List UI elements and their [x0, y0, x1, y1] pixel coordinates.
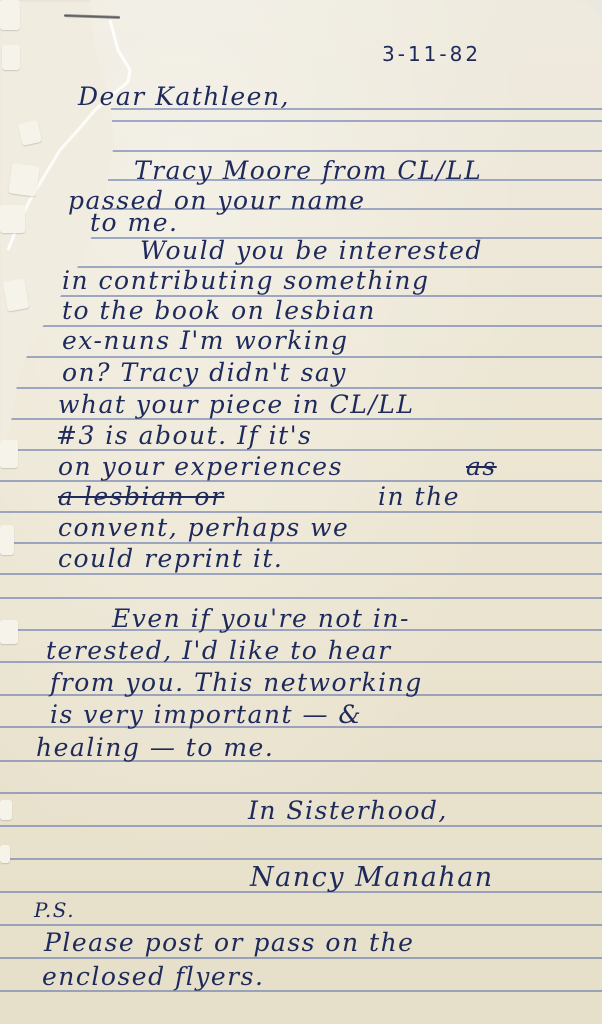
body-line: is very important — &	[50, 700, 362, 729]
body-line: could reprint it.	[58, 544, 283, 573]
body-line: #3 is about. If it's	[56, 421, 312, 450]
body-line: ex-nuns I'm working	[62, 326, 349, 355]
body-line: Tracy Moore from CL/LL	[134, 156, 482, 185]
ps-line: enclosed flyers.	[42, 962, 264, 991]
salutation: Dear Kathleen,	[78, 82, 290, 111]
body-line: healing — to me.	[36, 733, 274, 762]
body-line: convent, perhaps we	[58, 513, 349, 542]
letter-date: 3-11-82	[382, 42, 481, 66]
struck-text: as	[466, 452, 497, 481]
body-line: to me.	[90, 208, 179, 237]
body-line: on? Tracy didn't say	[62, 358, 347, 387]
struck-text: a lesbian or	[58, 482, 224, 511]
body-line: on your experiences	[58, 452, 343, 481]
body-line: terested, I'd like to hear	[46, 636, 392, 665]
ps-line: Please post or pass on the	[44, 928, 414, 957]
body-line: Would you be interested	[140, 236, 483, 265]
body-line: what your piece in CL/LL	[58, 390, 415, 419]
body-line: to the book on lesbian	[62, 296, 376, 325]
body-line: Even if you're not in-	[112, 604, 410, 633]
signature: Nancy Manahan	[250, 862, 494, 893]
body-line: in the	[378, 482, 460, 511]
ps-label: P.S.	[34, 898, 75, 922]
body-line: in contributing something	[62, 266, 430, 295]
body-line: from you. This networking	[50, 668, 423, 697]
spiral-tear-scraps	[0, 0, 40, 1024]
closing: In Sisterhood,	[248, 796, 448, 825]
